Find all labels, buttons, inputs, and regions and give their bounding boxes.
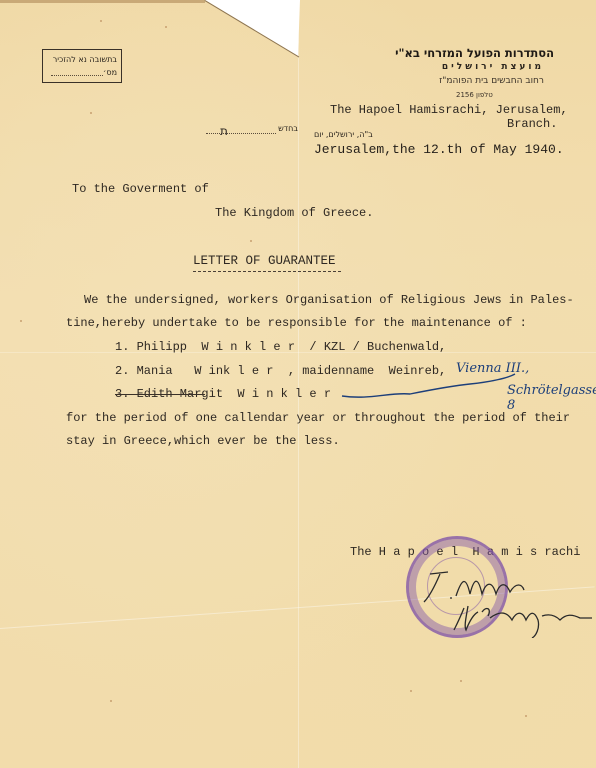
- letterhead-english-branch: Branch.: [507, 117, 557, 131]
- list-item: 1. Philipp W i n k l e r / KZL / Buchenw…: [115, 340, 446, 354]
- age-spot: [410, 690, 412, 692]
- letter-date: Jerusalem,the 12.th of May 1940.: [314, 142, 564, 157]
- handwritten-arrow-icon: [340, 372, 520, 402]
- reply-box-number-label: מס׳: [103, 68, 117, 77]
- reply-reference-box: בתשובה נא להזכיר מס׳: [42, 49, 122, 83]
- age-spot: [20, 320, 22, 322]
- body-paragraph-1-line-2: tine,hereby undertake to be responsible …: [66, 316, 527, 330]
- body-paragraph-2-line-1: for the period of one callendar year or …: [66, 411, 570, 425]
- reply-box-label: בתשובה נא להזכיר: [53, 55, 117, 64]
- handwritten-signature-icon: [420, 568, 596, 638]
- reply-box-dotted-line: [51, 75, 103, 76]
- age-spot: [110, 700, 112, 702]
- age-spot: [165, 26, 167, 28]
- dotted-line: [206, 133, 276, 134]
- letterhead-phone: 2156 טלפון: [456, 91, 493, 99]
- age-spot: [460, 680, 462, 682]
- letter-title: LETTER OF GUARANTEE: [193, 254, 336, 268]
- letterhead-hebrew-council: מועצת ירושלים: [442, 62, 544, 72]
- hebrew-date-field: ת בחדש: [200, 124, 300, 136]
- letterhead-hebrew-address: רחוב החבשים בית הפוהמ"ז: [439, 76, 544, 86]
- hebrew-month-label: בחדש: [278, 124, 298, 133]
- document-page: בתשובה נא להזכיר מס׳ ת בחדש הסתדרות הפוע…: [0, 0, 596, 768]
- handwritten-address-line-1: Vienna III.,: [456, 361, 529, 376]
- age-spot: [250, 240, 252, 242]
- age-spot: [100, 20, 102, 22]
- strikethrough-mark: [115, 394, 205, 395]
- body-paragraph-1-line-1: We the undersigned, workers Organisation…: [84, 293, 574, 307]
- handwritten-address-line-2: Schrötelgasse 8: [507, 383, 596, 413]
- addressee-line-1: To the Goverment of: [72, 182, 209, 196]
- letterhead-hebrew-org: הסתדרות הפועל המזרחי בא"י: [395, 46, 554, 60]
- addressee-line-2: The Kingdom of Greece.: [215, 206, 373, 220]
- paper-edge: [0, 0, 205, 3]
- age-spot: [90, 112, 92, 114]
- letterhead-english-org: The Hapoel Hamisrachi, Jerusalem,: [330, 103, 568, 117]
- title-underline: [193, 271, 341, 272]
- hebrew-place-day: ב"ה, ירושלים, יום: [314, 130, 373, 139]
- fold-crease-vertical: [298, 0, 299, 768]
- body-paragraph-2-line-2: stay in Greece,which ever be the less.: [66, 434, 340, 448]
- hebrew-date-prefix: ת: [220, 124, 228, 138]
- age-spot: [525, 715, 527, 717]
